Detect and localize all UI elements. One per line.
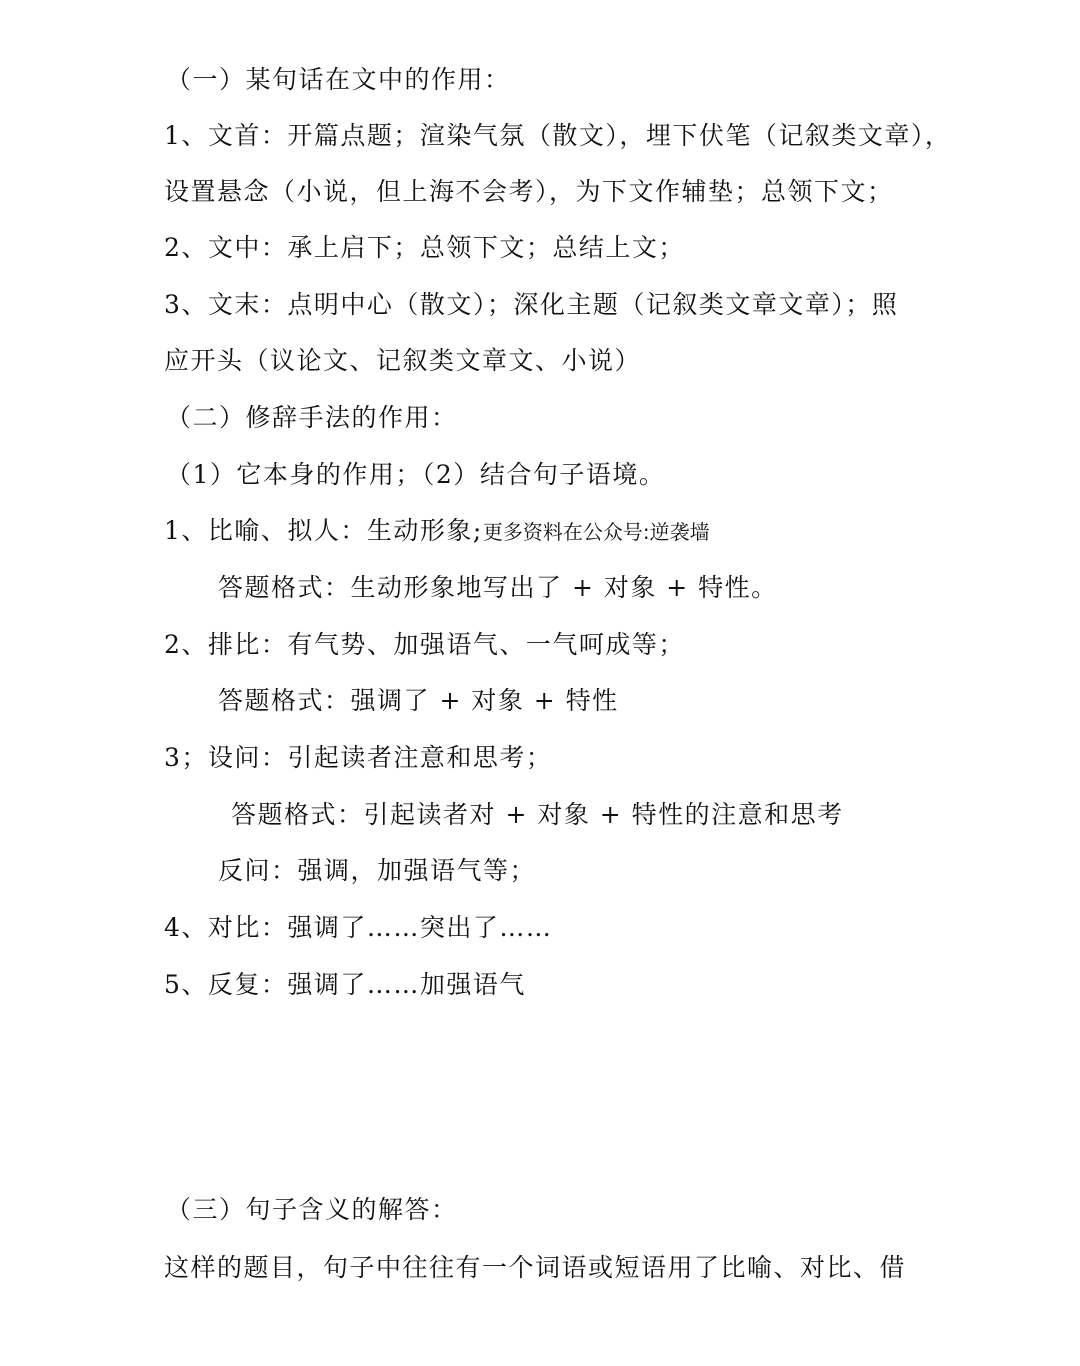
section2-item1-text: 1、比喻、拟人：生动形象; (164, 516, 483, 545)
section2-item1-note: 更多资料在公众号:逆袭墙 (483, 520, 710, 544)
section2-item2-format: 答题格式：强调了 + 对象 + 特性 (218, 684, 619, 718)
section2-item3-rhetorical: 反问：强调，加强语气等； (218, 854, 536, 888)
section2-item4: 4、对比：强调了……突出了…… (164, 911, 552, 945)
section3-body: 这样的题目，句子中往往有一个词语或短语用了比喻、对比、借 (164, 1251, 906, 1285)
section2-item3-format: 答题格式：引起读者对 + 对象 + 特性的注意和思考 (231, 798, 844, 832)
section2-item5: 5、反复：强调了……加强语气 (164, 968, 526, 1002)
section1-heading: （一）某句话在文中的作用： (166, 63, 511, 97)
section2-heading: （二）修辞手法的作用： (166, 401, 458, 435)
section1-item3-line1: 3、文末：点明中心（散文）；深化主题（记叙类文章文章）；照 (164, 288, 898, 322)
section1-item1-line2: 设置悬念（小说，但上海不会考），为下文作辅垫；总领下文； (164, 175, 894, 209)
section2-item1-format: 答题格式：生动形象地写出了 + 对象 + 特性。 (218, 571, 778, 605)
section2-item3: 3；设问：引起读者注意和思考； (164, 741, 552, 775)
section2-item2: 2、排比：有气势、加强语气、一气呵成等； (164, 628, 685, 662)
section1-item3-line2: 应开头（议论文、记叙类文章文、小说） (164, 344, 641, 378)
section2-item1: 1、比喻、拟人：生动形象;更多资料在公众号:逆袭墙 (164, 514, 710, 549)
section1-item2: 2、文中：承上启下；总领下文；总结上文； (164, 231, 685, 265)
section1-item1-line1: 1、文首：开篇点题；渲染气氛（散文），埋下伏笔（记叙类文章）， (164, 119, 951, 153)
section3-heading: （三）句子含义的解答： (166, 1193, 458, 1227)
section2-intro: （1）它本身的作用；（2）结合句子语境。 (166, 458, 665, 492)
